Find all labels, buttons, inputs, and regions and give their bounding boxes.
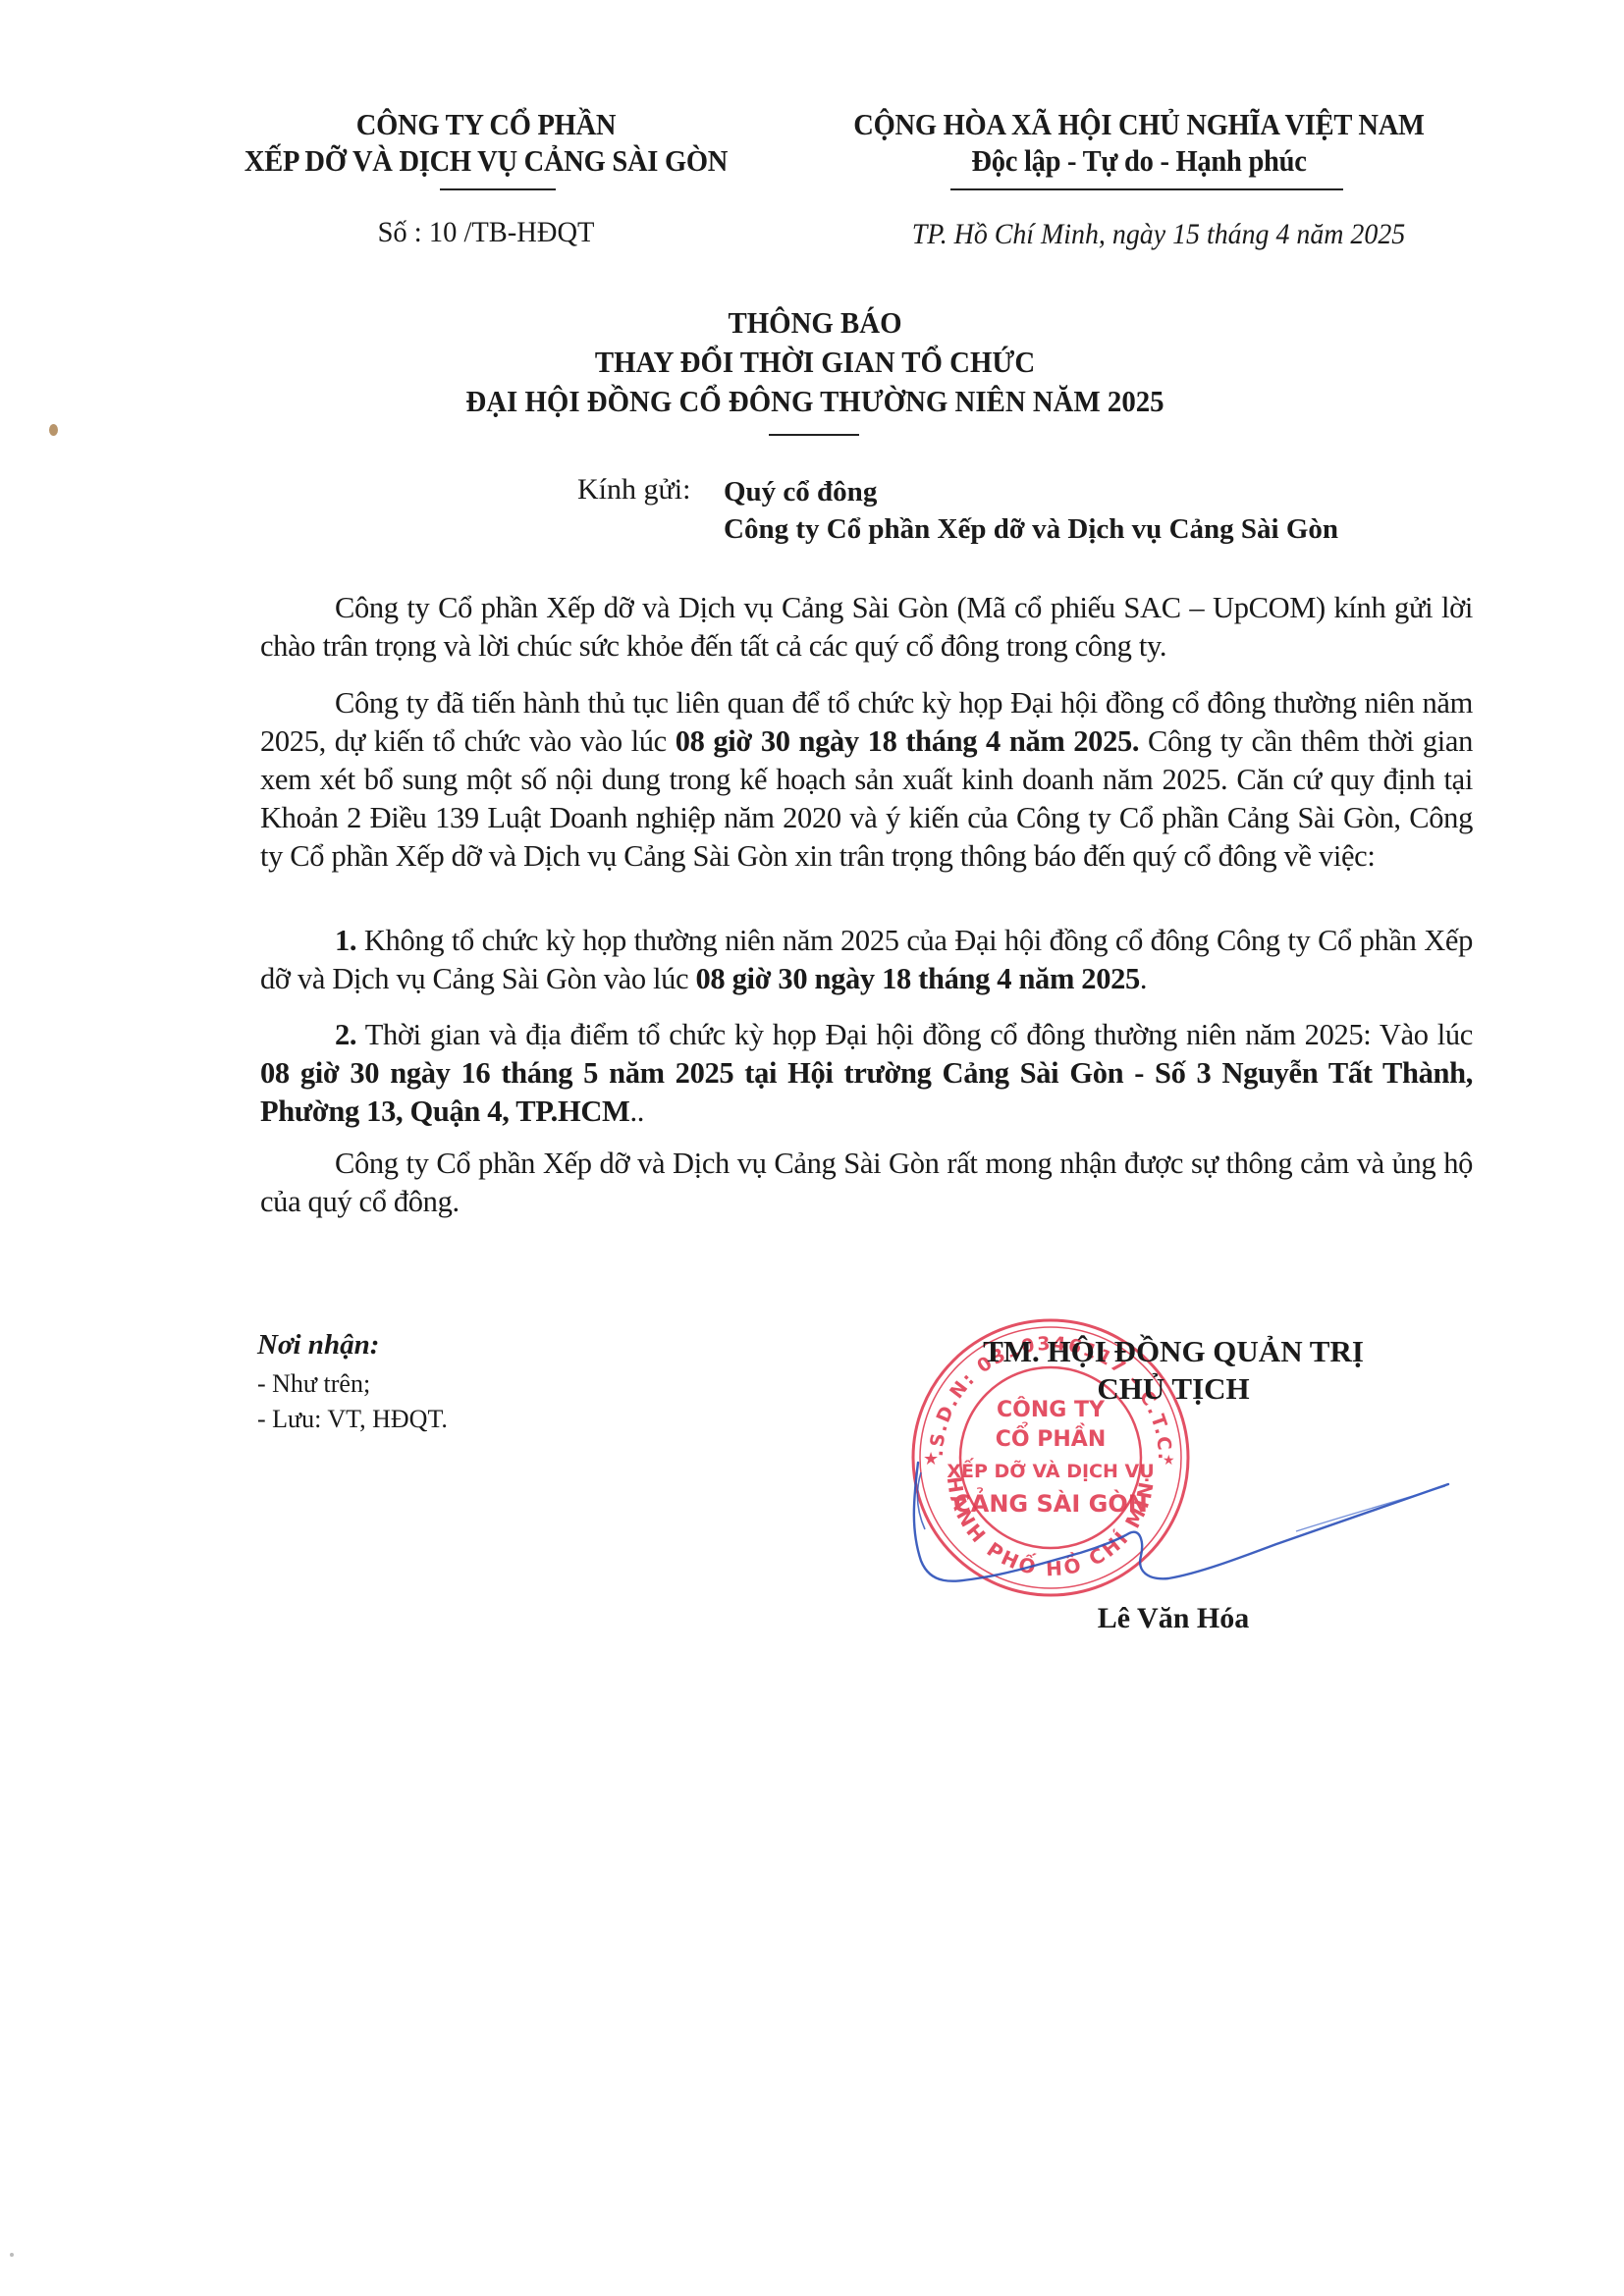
place-and-date: TP. Hồ Chí Minh, ngày 15 tháng 4 năm 202… xyxy=(839,218,1479,251)
signature-line2: CHỦ TỊCH xyxy=(918,1370,1429,1408)
recipient-line1: Quý cổ đông xyxy=(724,473,1338,510)
title-line1: THÔNG BÁO xyxy=(358,303,1272,343)
item-2-period: .. xyxy=(629,1095,644,1128)
document-number: Số : 10 /TB-HĐQT xyxy=(206,216,766,249)
original-meeting-time: 08 giờ 30 ngày 18 tháng 4 năm 2025. xyxy=(676,724,1139,758)
scan-speck xyxy=(49,424,58,436)
handwritten-signature xyxy=(884,1414,1473,1610)
paragraph-greeting-text: Công ty Cổ phần Xếp dỡ và Dịch vụ Cảng S… xyxy=(260,589,1473,666)
signature-line1: TM. HỘI ĐỒNG QUẢN TRỊ xyxy=(918,1333,1429,1370)
republic-header-block: CỘNG HÒA XÃ HỘI CHỦ NGHĨA VIỆT NAM Độc l… xyxy=(814,106,1464,179)
recipients-footer-item: - Lưu: VT, HĐQT. xyxy=(257,1402,448,1437)
cancelled-meeting-time: 08 giờ 30 ngày 18 tháng 4 năm 2025 xyxy=(696,962,1140,995)
title-underline xyxy=(769,434,859,436)
new-meeting-time-and-venue: 08 giờ 30 ngày 16 tháng 5 năm 2025 tại H… xyxy=(260,1056,1473,1128)
signature-block-title: TM. HỘI ĐỒNG QUẢN TRỊ CHỦ TỊCH xyxy=(918,1333,1429,1408)
item-1-period: . xyxy=(1140,962,1147,995)
company-name-line2: XẾP DỠ VÀ DỊCH VỤ CẢNG SÀI GÒN xyxy=(215,142,757,179)
recipients-footer-item: - Như trên; xyxy=(257,1366,448,1402)
item-2-number: 2. xyxy=(335,1018,356,1051)
national-motto: Độc lập - Tự do - Hạnh phúc xyxy=(814,142,1464,179)
document-title: THÔNG BÁO THAY ĐỔI THỜI GIAN TỔ CHỨC ĐẠI… xyxy=(358,303,1272,421)
company-underline xyxy=(440,188,556,190)
motto-underline xyxy=(950,188,1343,190)
recipient-line2: Công ty Cổ phần Xếp dỡ và Dịch vụ Cảng S… xyxy=(724,510,1338,548)
company-name-block: CÔNG TY CỔ PHẦN XẾP DỠ VÀ DỊCH VỤ CẢNG S… xyxy=(215,106,757,179)
title-line2: THAY ĐỔI THỜI GIAN TỔ CHỨC xyxy=(358,343,1272,382)
item-2-new-schedule: 2. Thời gian và địa điểm tổ chức kỳ họp … xyxy=(260,1016,1473,1131)
item-1-number: 1. xyxy=(335,924,356,957)
paragraph-background: Công ty đã tiến hành thủ tục liên quan đ… xyxy=(260,684,1473,876)
recipient-label: Kính gửi: xyxy=(577,473,690,507)
paragraph-closing-text: Công ty Cổ phần Xếp dỡ và Dịch vụ Cảng S… xyxy=(260,1145,1473,1221)
republic-name: CỘNG HÒA XÃ HỘI CHỦ NGHĨA VIỆT NAM xyxy=(814,106,1464,142)
title-line3: ĐẠI HỘI ĐỒNG CỔ ĐÔNG THƯỜNG NIÊN NĂM 202… xyxy=(358,382,1272,421)
company-name-line1: CÔNG TY CỔ PHẦN xyxy=(215,106,757,142)
paragraph-greeting: Công ty Cổ phần Xếp dỡ và Dịch vụ Cảng S… xyxy=(260,589,1473,666)
recipients-footer-title: Nơi nhận: xyxy=(257,1329,379,1362)
recipient-list: Quý cổ đông Công ty Cổ phần Xếp dỡ và Dị… xyxy=(724,473,1338,548)
scan-speck xyxy=(10,2253,14,2257)
recipients-footer-list: - Như trên; - Lưu: VT, HĐQT. xyxy=(257,1366,448,1437)
item-2-text: Thời gian và địa điểm tổ chức kỳ họp Đại… xyxy=(356,1018,1473,1051)
item-1-cancellation: 1. Không tổ chức kỳ họp thường niên năm … xyxy=(260,922,1473,998)
paragraph-closing: Công ty Cổ phần Xếp dỡ và Dịch vụ Cảng S… xyxy=(260,1145,1473,1221)
